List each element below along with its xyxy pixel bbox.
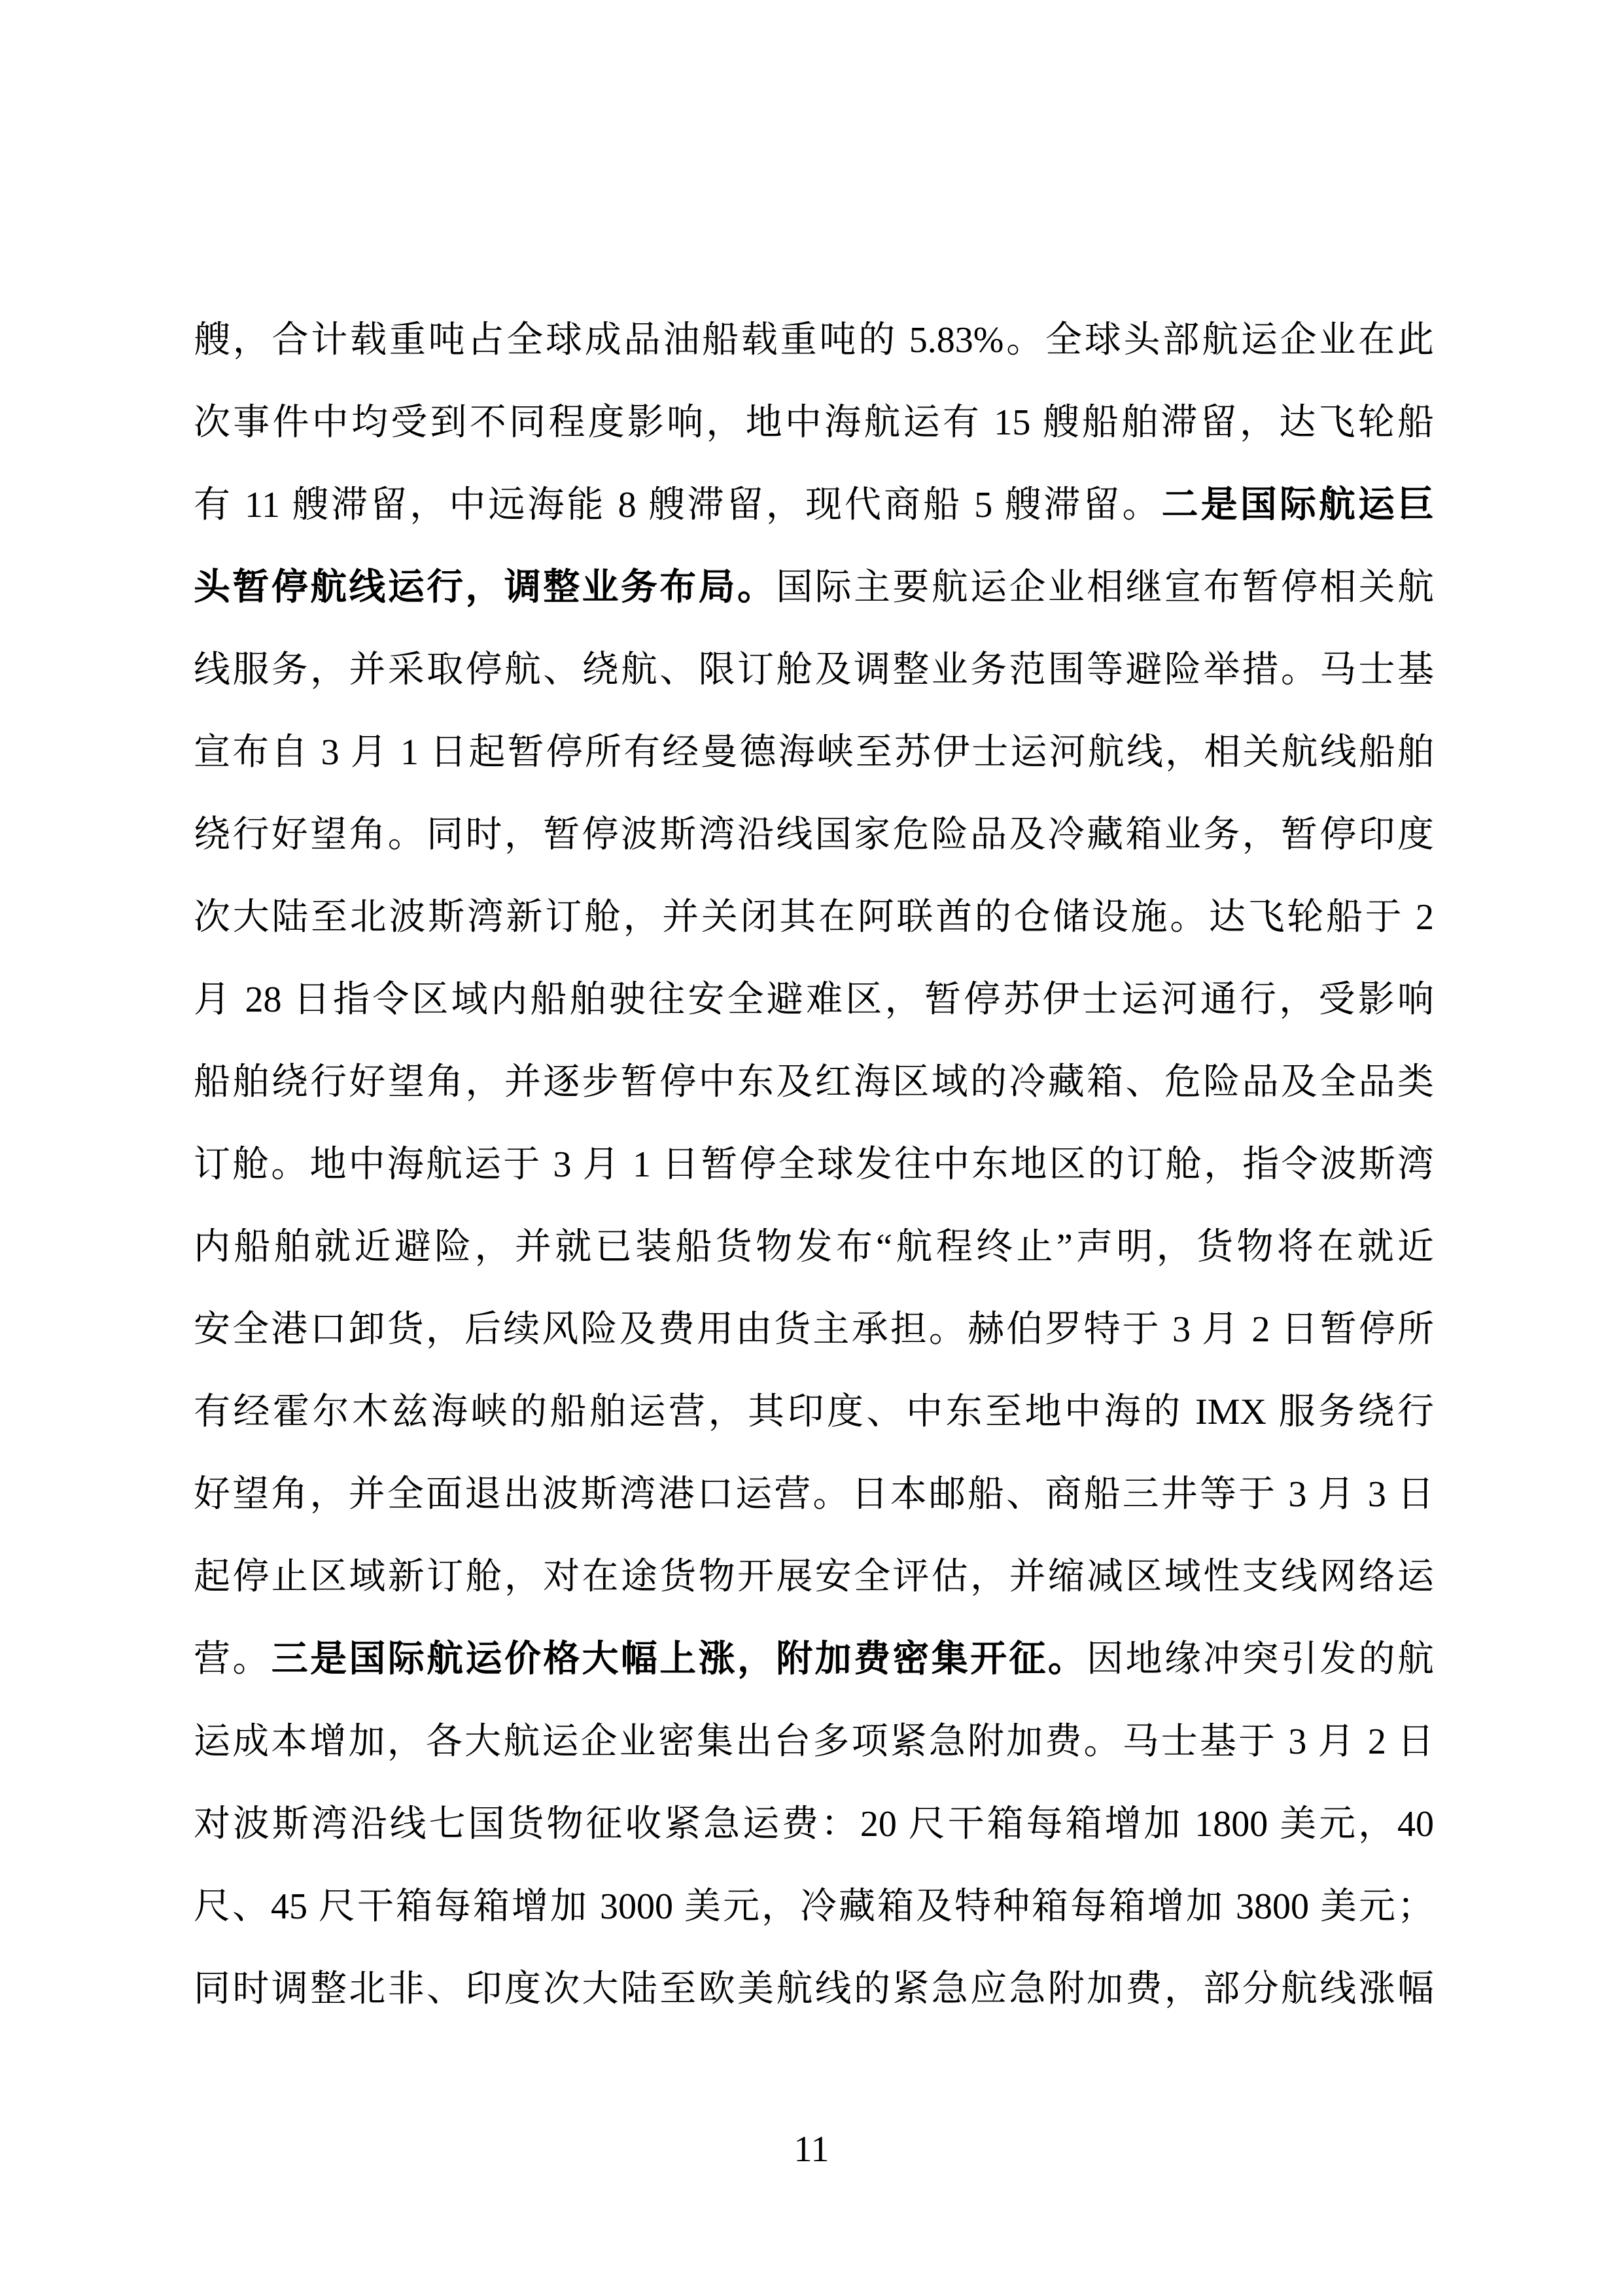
text-run: 同时调整北非、印度次大陆至欧美航线的紧急应急附加费，部分航线涨幅: [194, 1969, 1434, 2009]
text-run: 国际主要航运企业相继宣布暂停相关航: [776, 567, 1434, 608]
text-run-bold: 二是国际航运巨: [1162, 485, 1434, 525]
text-run: 宣布自 3 月 1 日起暂停所有经曼德海峡至苏伊士运河航线，相关航线船舶: [194, 732, 1434, 773]
text-line: 次事件中均受到不同程度影响，地中海航运有 15 艘船舶滞留，达飞轮船: [194, 381, 1434, 464]
text-run: 安全港口卸货，后续风险及费用由货主承担。赫伯罗特于 3 月 2 日暂停所: [194, 1309, 1434, 1350]
text-line: 艘，合计载重吨占全球成品油船载重吨的 5.83%。全球头部航运企业在此: [194, 299, 1434, 381]
text-line: 内船舶就近避险，并就已装船货物发布“航程终止”声明，货物将在就近: [194, 1206, 1434, 1288]
text-line: 运成本增加，各大航运企业密集出台多项紧急附加费。马士基于 3 月 2 日: [194, 1701, 1434, 1783]
text-line: 同时调整北非、印度次大陆至欧美航线的紧急应急附加费，部分航线涨幅: [194, 1948, 1434, 2030]
text-line: 起停止区域新订舱，对在途货物开展安全评估，并缩减区域性支线网络运: [194, 1536, 1434, 1618]
text-run: 起停止区域新订舱，对在途货物开展安全评估，并缩减区域性支线网络运: [194, 1557, 1434, 1597]
text-run: 内船舶就近避险，并就已装船货物发布“航程终止”声明，货物将在就近: [194, 1227, 1434, 1267]
text-run: 营。: [194, 1639, 271, 1680]
text-line: 绕行好望角。同时，暂停波斯湾沿线国家危险品及冷藏箱业务，暂停印度: [194, 794, 1434, 876]
text-run: 艘，合计载重吨占全球成品油船载重吨的 5.83%。全球头部航运企业在此: [194, 320, 1434, 361]
text-line: 订舱。地中海航运于 3 月 1 日暂停全球发往中东地区的订舱，指令波斯湾: [194, 1123, 1434, 1206]
document-page: 艘，合计载重吨占全球成品油船载重吨的 5.83%。全球头部航运企业在此次事件中均…: [0, 0, 1623, 2296]
text-run: 对波斯湾沿线七国货物征收紧急运费：20 尺干箱每箱增加 1800 美元，40: [194, 1804, 1434, 1845]
text-run-bold: 三是国际航运价格大幅上涨，附加费密集开征。: [271, 1639, 1087, 1680]
text-run: 线服务，并采取停航、绕航、限订舱及调整业务范围等避险举措。马士基: [194, 650, 1434, 690]
text-run: 月 28 日指令区域内船舶驶往安全避难区，暂停苏伊士运河通行，受影响: [194, 980, 1434, 1020]
text-run: 有经霍尔木兹海峡的船舶运营，其印度、中东至地中海的 IMX 服务绕行: [194, 1392, 1434, 1432]
text-line: 头暂停航线运行，调整业务布局。国际主要航运企业相继宣布暂停相关航: [194, 546, 1434, 629]
text-line: 安全港口卸货，后续风险及费用由货主承担。赫伯罗特于 3 月 2 日暂停所: [194, 1288, 1434, 1371]
text-line: 营。三是国际航运价格大幅上涨，附加费密集开征。因地缘冲突引发的航: [194, 1618, 1434, 1701]
text-line: 有 11 艘滞留，中远海能 8 艘滞留，现代商船 5 艘滞留。二是国际航运巨: [194, 464, 1434, 546]
text-line: 有经霍尔木兹海峡的船舶运营，其印度、中东至地中海的 IMX 服务绕行: [194, 1371, 1434, 1453]
text-run: 订舱。地中海航运于 3 月 1 日暂停全球发往中东地区的订舱，指令波斯湾: [194, 1144, 1434, 1185]
text-run: 绕行好望角。同时，暂停波斯湾沿线国家危险品及冷藏箱业务，暂停印度: [194, 815, 1434, 855]
page-number: 11: [0, 2128, 1623, 2171]
text-run: 次事件中均受到不同程度影响，地中海航运有 15 艘船舶滞留，达飞轮船: [194, 402, 1434, 443]
text-run: 有 11 艘滞留，中远海能 8 艘滞留，现代商船 5 艘滞留。: [194, 485, 1162, 525]
text-line: 月 28 日指令区域内船舶驶往安全避难区，暂停苏伊士运河通行，受影响: [194, 959, 1434, 1041]
text-run: 次大陆至北波斯湾新订舱，并关闭其在阿联酋的仓储设施。达飞轮船于 2: [194, 897, 1434, 938]
text-run: 尺、45 尺干箱每箱增加 3000 美元，冷藏箱及特种箱每箱增加 3800 美元…: [194, 1886, 1434, 1927]
text-run: 船舶绕行好望角，并逐步暂停中东及红海区域的冷藏箱、危险品及全品类: [194, 1062, 1434, 1103]
text-run: 因地缘冲突引发的航: [1087, 1639, 1434, 1680]
text-line: 宣布自 3 月 1 日起暂停所有经曼德海峡至苏伊士运河航线，相关航线船舶: [194, 711, 1434, 794]
text-line: 好望角，并全面退出波斯湾港口运营。日本邮船、商船三井等于 3 月 3 日: [194, 1453, 1434, 1536]
text-run: 好望角，并全面退出波斯湾港口运营。日本邮船、商船三井等于 3 月 3 日: [194, 1474, 1434, 1515]
text-run: 运成本增加，各大航运企业密集出台多项紧急附加费。马士基于 3 月 2 日: [194, 1722, 1434, 1762]
text-run-bold: 头暂停航线运行，调整业务布局。: [194, 567, 776, 608]
text-line: 尺、45 尺干箱每箱增加 3000 美元，冷藏箱及特种箱每箱增加 3800 美元…: [194, 1865, 1434, 1948]
text-line: 对波斯湾沿线七国货物征收紧急运费：20 尺干箱每箱增加 1800 美元，40: [194, 1783, 1434, 1865]
text-line: 次大陆至北波斯湾新订舱，并关闭其在阿联酋的仓储设施。达飞轮船于 2: [194, 876, 1434, 959]
text-line: 线服务，并采取停航、绕航、限订舱及调整业务范围等避险举措。马士基: [194, 629, 1434, 711]
text-block: 艘，合计载重吨占全球成品油船载重吨的 5.83%。全球头部航运企业在此次事件中均…: [194, 299, 1434, 2030]
text-line: 船舶绕行好望角，并逐步暂停中东及红海区域的冷藏箱、危险品及全品类: [194, 1041, 1434, 1123]
